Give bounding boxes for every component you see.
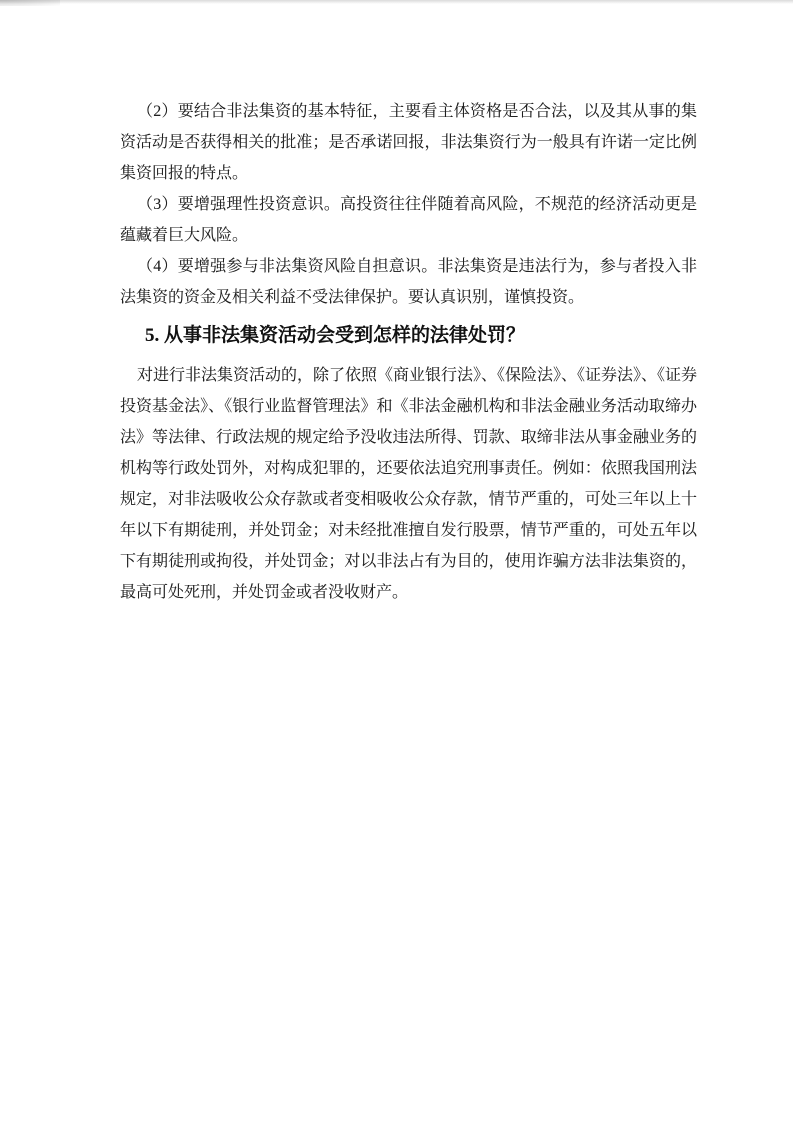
paragraph-point-3: （3）要增强理性投资意识。高投资往往伴随着高风险，不规范的经济活动更是蕴藏着巨大… bbox=[120, 189, 697, 251]
paragraph-point-4: （4）要增强参与非法集资风险自担意识。非法集资是违法行为，参与者投入非法集资的资… bbox=[120, 251, 697, 313]
section-5-heading: 5. 从事非法集资活动会受到怎样的法律处罚？ bbox=[120, 318, 697, 354]
paragraph-section-5-body: 对进行非法集资活动的，除了依照《商业银行法》、《保险法》、《证券法》、《证券投资… bbox=[120, 360, 697, 608]
document-page: （2）要结合非法集资的基本特征，主要看主体资格是否合法，以及其从事的集资活动是否… bbox=[0, 0, 793, 1122]
document-content: （2）要结合非法集资的基本特征，主要看主体资格是否合法，以及其从事的集资活动是否… bbox=[0, 0, 793, 608]
paragraph-point-2: （2）要结合非法集资的基本特征，主要看主体资格是否合法，以及其从事的集资活动是否… bbox=[120, 96, 697, 189]
